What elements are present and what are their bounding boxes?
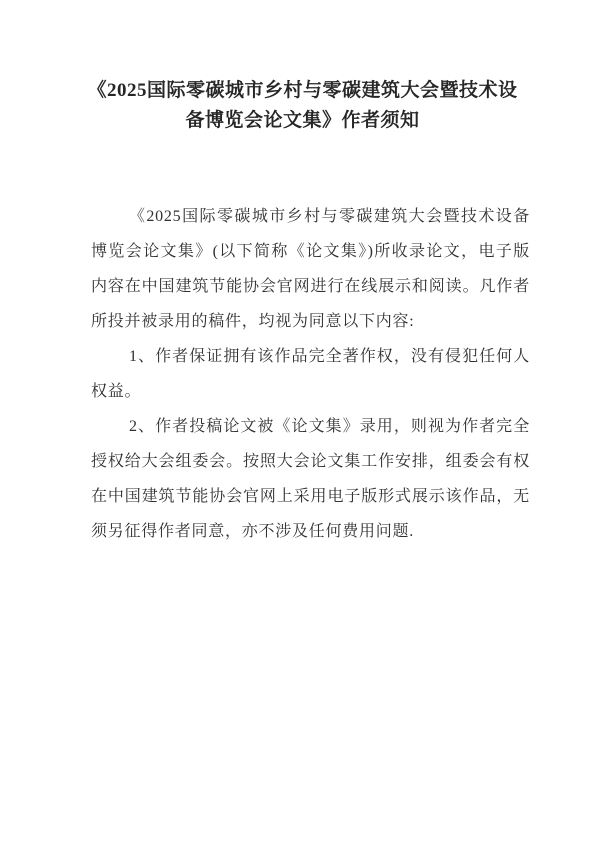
document-page: 《2025国际零碳城市乡村与零碳建筑大会暨技术设 备博览会论文集》作者须知 《2…: [0, 0, 600, 848]
document-title-line-2: 备博览会论文集》作者须知: [75, 106, 530, 136]
document-title: 《2025国际零碳城市乡村与零碳建筑大会暨技术设 备博览会论文集》作者须知: [75, 76, 530, 136]
intro-paragraph: 《2025国际零碳城市乡村与零碳建筑大会暨技术设备博览会论文集》(以下简称《论文…: [91, 199, 530, 339]
notice-item-2: 2、作者投稿论文被《论文集》录用，则视为作者完全授权给大会组委会。按照大会论文集…: [91, 409, 530, 549]
document-body: 《2025国际零碳城市乡村与零碳建筑大会暨技术设备博览会论文集》(以下简称《论文…: [91, 199, 530, 549]
notice-item-1: 1、作者保证拥有该作品完全著作权，没有侵犯任何人权益。: [91, 339, 530, 409]
document-title-line-1: 《2025国际零碳城市乡村与零碳建筑大会暨技术设: [75, 76, 530, 106]
